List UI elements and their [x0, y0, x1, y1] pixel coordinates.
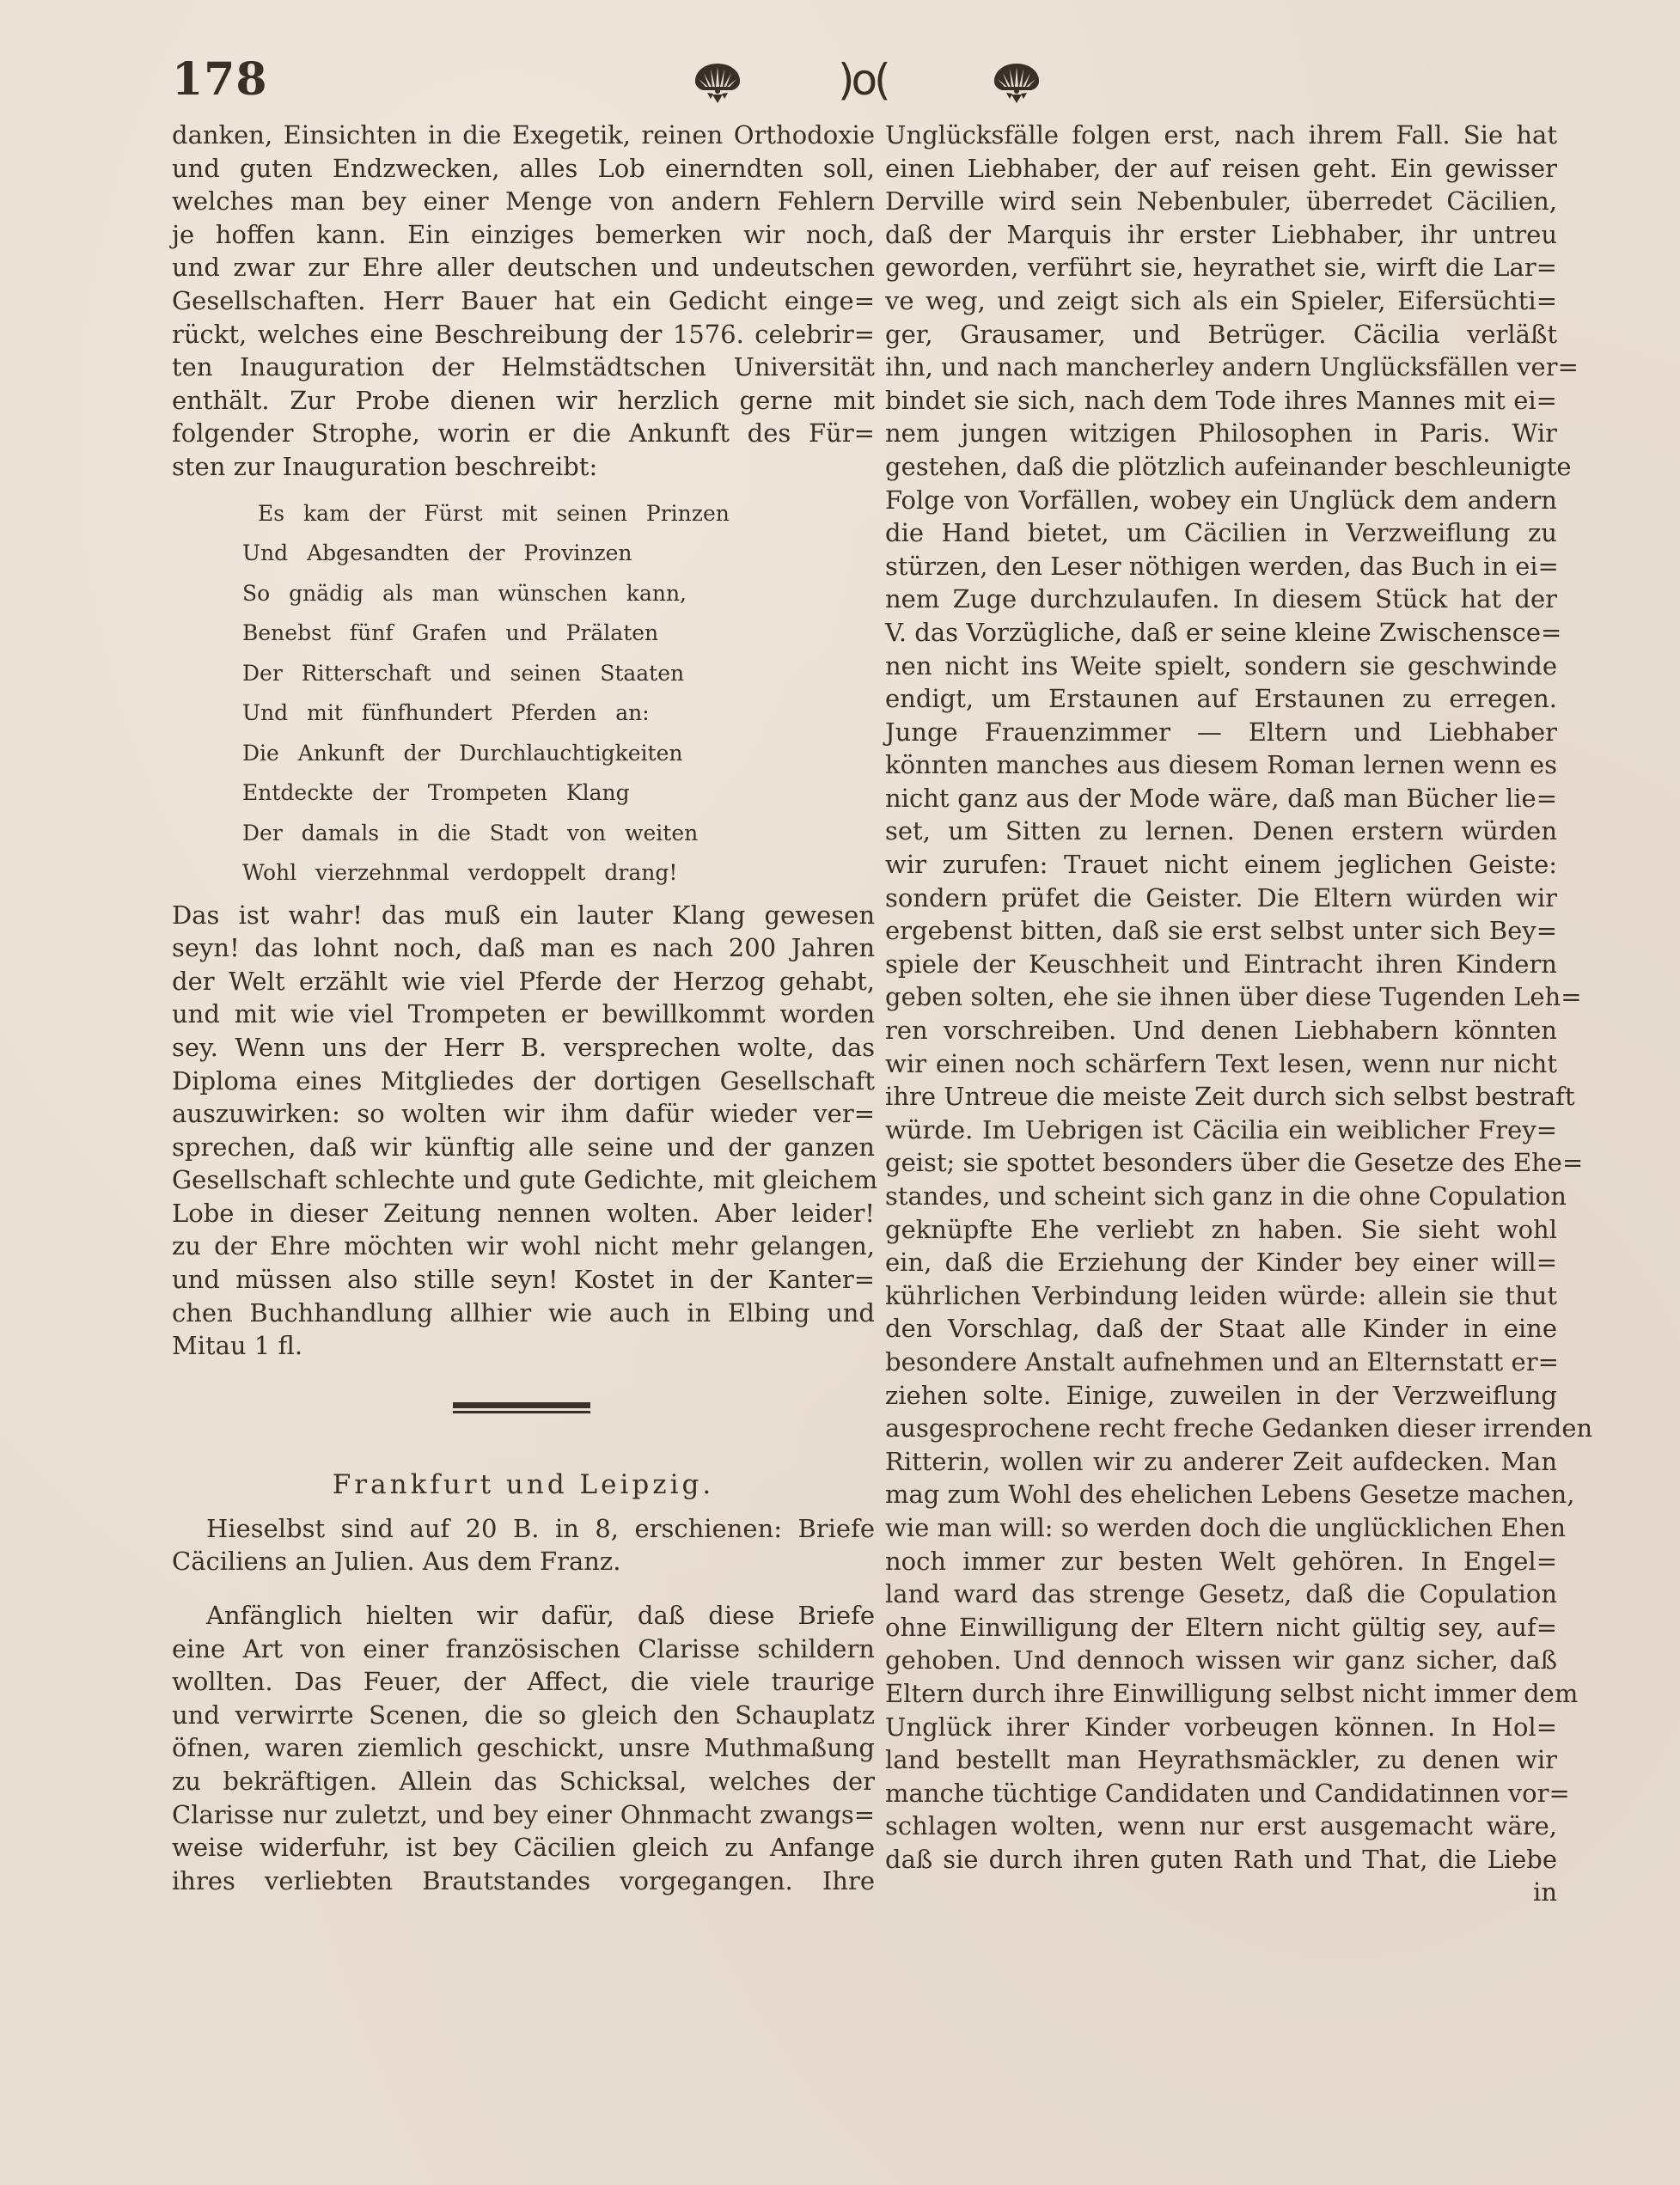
text-line: öfnen, waren ziemlich geschickt, unsre M…	[172, 1731, 875, 1765]
verse-line: So gnädig als man wünschen kann,	[242, 574, 875, 614]
text-line: nicht ganz aus der Mode wäre, daß man Bü…	[885, 782, 1557, 815]
text-line: mag zum Wohl des ehelichen Lebens Gesetz…	[885, 1478, 1557, 1511]
text-line: sey. Wenn uns der Herr B. versprechen wo…	[172, 1031, 875, 1065]
text-line: rückt, welches eine Beschreibung der 157…	[172, 318, 875, 351]
text-line: ihres verliebten Brautstandes vorgegange…	[172, 1865, 875, 1898]
text-line: standes, und scheint sich ganz in die oh…	[885, 1180, 1557, 1213]
text-line: Gesellschaft schlechte und gute Gedichte…	[172, 1163, 875, 1197]
text-line: enthält. Zur Probe dienen wir herzlich g…	[172, 384, 875, 418]
text-line: Folge von Vorfällen, wobey ein Unglück d…	[885, 484, 1557, 517]
text-line: manche tüchtige Candidaten und Candidati…	[885, 1777, 1557, 1810]
text-line: wollten. Das Feuer, der Affect, die viel…	[172, 1665, 875, 1699]
text-line: geist; sie spottet besonders über die Ge…	[885, 1146, 1557, 1180]
text-line: könnten manches aus diesem Roman lernen …	[885, 748, 1557, 782]
verse-line: Und mit fünfhundert Pferden an:	[242, 693, 875, 734]
text-line: gestehen, daß die plötzlich aufeinander …	[885, 450, 1557, 484]
text-line: geworden, verführt sie, heyrathet sie, w…	[885, 251, 1557, 284]
paragraph-review: Anfänglich hielten wir dafür, daß diese …	[172, 1599, 875, 1897]
text-line: und guten Endzwecken, alles Lob einerndt…	[172, 152, 875, 186]
text-line: land ward das strenge Gesetz, daß die Co…	[885, 1578, 1557, 1611]
text-line: die Hand bietet, um Cäcilien in Verzweif…	[885, 516, 1557, 550]
text-line: ziehen solte. Einige, zuweilen in der Ve…	[885, 1379, 1557, 1413]
paragraph-commentary: Das ist wahr! das muß ein lauter Klang g…	[172, 899, 875, 1363]
paragraph-exegetik: danken, Einsichten in die Exegetik, rein…	[172, 119, 875, 484]
text-line: und zwar zur Ehre aller deutschen und un…	[172, 251, 875, 284]
text-line: ein, daß die Erziehung der Kinder bey ei…	[885, 1246, 1557, 1279]
verse-line: Entdeckte der Trompeten Klang	[242, 773, 875, 814]
text-line: land bestellt man Heyrathsmäckler, zu de…	[885, 1743, 1557, 1777]
text-line: ihre Untreue die meiste Zeit durch sich …	[885, 1080, 1557, 1114]
text-line: ohne Einwilligung der Eltern nicht gülti…	[885, 1611, 1557, 1645]
text-line: stürzen, den Leser nöthigen werden, das …	[885, 550, 1557, 583]
text-line: Unglücksfälle folgen erst, nach ihrem Fa…	[885, 119, 1557, 152]
text-line: endigt, um Erstaunen auf Erstaunen zu er…	[885, 682, 1557, 716]
verse-line: Die Ankunft der Durchlauchtigkeiten	[242, 734, 875, 774]
text-line: set, um Sitten zu lernen. Denen erstern …	[885, 815, 1557, 848]
text-line: zu bekräftigen. Allein das Schicksal, we…	[172, 1765, 875, 1798]
text-line: ten Inauguration der Helmstädtschen Univ…	[172, 351, 875, 384]
text-line: wir zurufen: Trauet nicht einem jegliche…	[885, 848, 1557, 882]
section-title: Frankfurt und Leipzig.	[172, 1466, 875, 1504]
catchword: in	[885, 1876, 1557, 1909]
text-line: Clarisse nur zuletzt, und bey einer Ohnm…	[172, 1798, 875, 1832]
text-line: nem jungen witzigen Philosophen in Paris…	[885, 417, 1557, 450]
text-line: und mit wie viel Trompeten er bewillkomm…	[172, 998, 875, 1031]
right-column: Unglücksfälle folgen erst, nach ihrem Fa…	[885, 119, 1557, 1909]
text-line: noch immer zur besten Welt gehören. In E…	[885, 1545, 1557, 1578]
scallop-shell-ornament-icon	[991, 60, 1042, 105]
text-line: welches man bey einer Menge von andern F…	[172, 185, 875, 218]
verse-line: Der Ritterschaft und seinen Staaten	[242, 654, 875, 694]
verse-line: Der damals in die Stadt von weiten	[242, 814, 875, 854]
text-line: Derville wird sein Nebenbuler, überredet…	[885, 185, 1557, 218]
page-number: 178	[172, 53, 268, 106]
text-line: Eltern durch ihre Einwilligung selbst ni…	[885, 1677, 1557, 1711]
verse-line: Wohl vierzehnmal verdoppelt drang!	[242, 853, 875, 894]
text-line: auszuwirken: so wolten wir ihm dafür wie…	[172, 1097, 875, 1131]
text-line: der Welt erzählt wie viel Pferde der Her…	[172, 965, 875, 998]
text-line: sprechen, daß wir künftig alle seine und…	[172, 1131, 875, 1164]
text-line: Junge Frauenzimmer — Eltern und Liebhabe…	[885, 716, 1557, 749]
text-line: Cäciliens an Julien. Aus dem Franz.	[172, 1545, 875, 1578]
text-line: wie man will: so werden doch die unglück…	[885, 1511, 1557, 1545]
text-line: den Vorschlag, daß der Staat alle Kinder…	[885, 1312, 1557, 1346]
text-line: würde. Im Uebrigen ist Cäcilia ein weibl…	[885, 1114, 1557, 1147]
text-line: Das ist wahr! das muß ein lauter Klang g…	[172, 899, 875, 932]
text-line: einen Liebhaber, der auf reisen geht. Ei…	[885, 152, 1557, 186]
text-line: V. das Vorzügliche, daß er seine kleine …	[885, 616, 1557, 650]
text-line: Diploma eines Mitgliedes der dortigen Ge…	[172, 1065, 875, 1098]
verse-line: Benebst fünf Grafen und Prälaten	[242, 613, 875, 654]
page-header-separator: )o(	[838, 55, 888, 105]
text-line: nen nicht ins Weite spielt, sondern sie …	[885, 650, 1557, 683]
text-line: geknüpfte Ehe verliebt zn haben. Sie sie…	[885, 1213, 1557, 1247]
paragraph-announcement: Hieselbst sind auf 20 B. in 8, erschiene…	[172, 1512, 875, 1578]
text-line: daß sie durch ihren guten Rath und That,…	[885, 1843, 1557, 1877]
text-line: Gesellschaften. Herr Bauer hat ein Gedic…	[172, 284, 875, 318]
text-line: Anfänglich hielten wir dafür, daß diese …	[172, 1599, 875, 1633]
text-line: ger, Grausamer, und Betrüger. Cäcilia ve…	[885, 318, 1557, 351]
text-line: seyn! das lohnt noch, daß man es nach 20…	[172, 931, 875, 965]
text-line: zu der Ehre möchten wir wohl nicht mehr …	[172, 1230, 875, 1263]
poem-stanza: Es kam der Fürst mit seinen Prinzen Und …	[172, 494, 875, 894]
left-column: danken, Einsichten in die Exegetik, rein…	[172, 119, 875, 1897]
text-line: kührlichen Verbindung leiden würde: alle…	[885, 1279, 1557, 1313]
text-line: und verwirrte Scenen, die so gleich den …	[172, 1699, 875, 1732]
verse-line: Und Abgesandten der Provinzen	[242, 534, 875, 574]
text-line: Mitau 1 fl.	[172, 1329, 875, 1363]
text-line: spiele der Keuschheit und Eintracht ihre…	[885, 948, 1557, 981]
text-line: eine Art von einer französischen Clariss…	[172, 1633, 875, 1666]
text-line: weise widerfuhr, ist bey Cäcilien gleich…	[172, 1831, 875, 1865]
text-line: geben solten, ehe sie ihnen über diese T…	[885, 980, 1557, 1014]
text-line: ihn, und nach mancherley andern Unglücks…	[885, 351, 1557, 384]
text-line: Unglück ihrer Kinder vorbeugen können. I…	[885, 1711, 1557, 1744]
text-line: je hoffen kann. Ein einziges bemerken wi…	[172, 218, 875, 252]
text-line: ausgesprochene recht freche Gedanken die…	[885, 1412, 1557, 1445]
text-line: sten zur Inauguration beschreibt:	[172, 450, 875, 484]
scallop-shell-ornament-icon	[692, 60, 743, 105]
text-line: danken, Einsichten in die Exegetik, rein…	[172, 119, 875, 152]
text-line: besondere Anstalt aufnehmen und an Elter…	[885, 1346, 1557, 1379]
text-line: daß der Marquis ihr erster Liebhaber, ih…	[885, 218, 1557, 252]
text-line: chen Buchhandlung allhier wie auch in El…	[172, 1297, 875, 1330]
text-line: folgender Strophe, worin er die Ankunft …	[172, 417, 875, 450]
section-divider-rule	[453, 1402, 590, 1414]
text-line: Lobe in dieser Zeitung nennen wolten. Ab…	[172, 1197, 875, 1230]
text-line: Ritterin, wollen wir zu anderer Zeit auf…	[885, 1445, 1557, 1479]
text-line: ergebenst bitten, daß sie erst selbst un…	[885, 914, 1557, 948]
text-line: schlagen wolten, wenn nur erst ausgemach…	[885, 1810, 1557, 1843]
text-line: ren vorschreiben. Und denen Liebhabern k…	[885, 1014, 1557, 1047]
text-line: ve weg, und zeigt sich als ein Spieler, …	[885, 284, 1557, 318]
page-header: 178 )o(	[172, 53, 1555, 113]
text-line: wir einen noch schärfern Text lesen, wen…	[885, 1047, 1557, 1081]
text-line: Hieselbst sind auf 20 B. in 8, erschiene…	[172, 1512, 875, 1546]
text-line: sondern prüfet die Geister. Die Eltern w…	[885, 882, 1557, 915]
verse-line: Es kam der Fürst mit seinen Prinzen	[258, 494, 875, 534]
text-line: bindet sie sich, nach dem Tode ihres Man…	[885, 384, 1557, 418]
text-line: nem Zuge durchzulaufen. In diesem Stück …	[885, 583, 1557, 616]
text-line: gehoben. Und dennoch wissen wir ganz sic…	[885, 1644, 1557, 1677]
text-line: und müssen also stille seyn! Kostet in d…	[172, 1263, 875, 1297]
